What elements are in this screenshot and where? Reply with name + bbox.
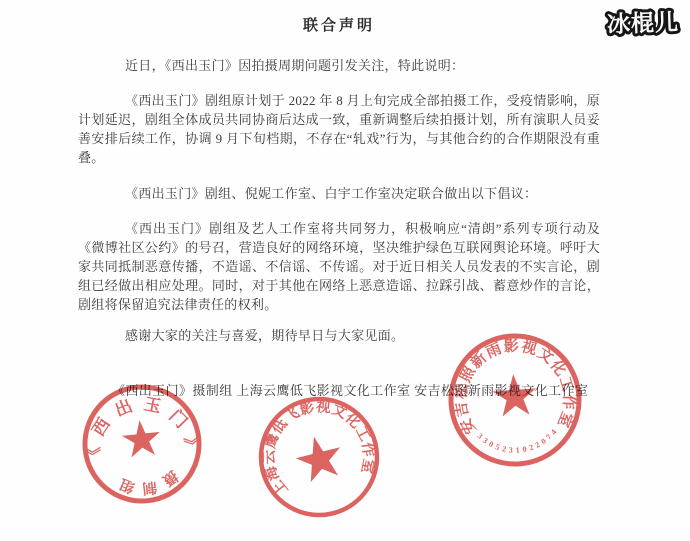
paragraph-schedule: 《西出玉门》剧组原计划于 2022 年 8 月上旬完成全部拍摄工作，受疫情影响，… [78, 91, 600, 167]
shanghai-studio-seal: 上海云鹰低飞影视文化工作室 [238, 376, 400, 538]
page-title: 联合声明 [78, 14, 600, 35]
seal-serial-number: 3305231022074 [475, 426, 561, 457]
paragraph-initiative: 《西出玉门》剧组、倪妮工作室、白宇工作室决定联合做出以下倡议： [78, 184, 600, 203]
star-icon [121, 418, 163, 458]
statement-body: 联合声明 近日，《西出玉门》因拍摄周期问题引发关注，特此说明： 《西出玉门》剧组… [78, 14, 600, 400]
watermark-graphic: 冰棍儿 [595, 0, 690, 43]
watermark: 冰棍儿 [595, 0, 690, 48]
svg-text:3305231022074: 3305231022074 [475, 426, 561, 457]
svg-text:上海云鹰低飞影视文化工作室: 上海云鹰低飞影视文化工作室 [247, 385, 384, 502]
seal-ring [249, 387, 390, 528]
svg-text:摄制组: 摄制组 [109, 466, 182, 500]
seal-ring [79, 381, 204, 506]
document-page: 联合声明 近日，《西出玉门》因拍摄周期问题引发关注，特此说明： 《西出玉门》剧组… [0, 0, 690, 541]
star-icon [292, 431, 347, 484]
seal-arc-text: 上海云鹰低飞影视文化工作室 [247, 385, 384, 502]
paragraph-intro: 近日，《西出玉门》因拍摄周期问题引发关注，特此说明： [78, 56, 600, 75]
red-seal-graphic: 上海云鹰低飞影视文化工作室 [238, 376, 400, 538]
watermark-text: 冰棍儿 [607, 9, 680, 38]
signature-line: 《西出玉门》摄制组 上海云鹰低飞影视文化工作室 安吉松照新雨影视文化工作室 [78, 381, 600, 400]
paragraph-thanks: 感谢大家的关注与喜爱，期待早日与大家见面。 [78, 326, 600, 345]
paragraph-statement: 《西出玉门》剧组及艺人工作室将共同努力，积极响应“清朗”系列专项行动及《微博社区… [78, 219, 600, 314]
seal-bottom-text: 摄制组 [109, 466, 182, 500]
